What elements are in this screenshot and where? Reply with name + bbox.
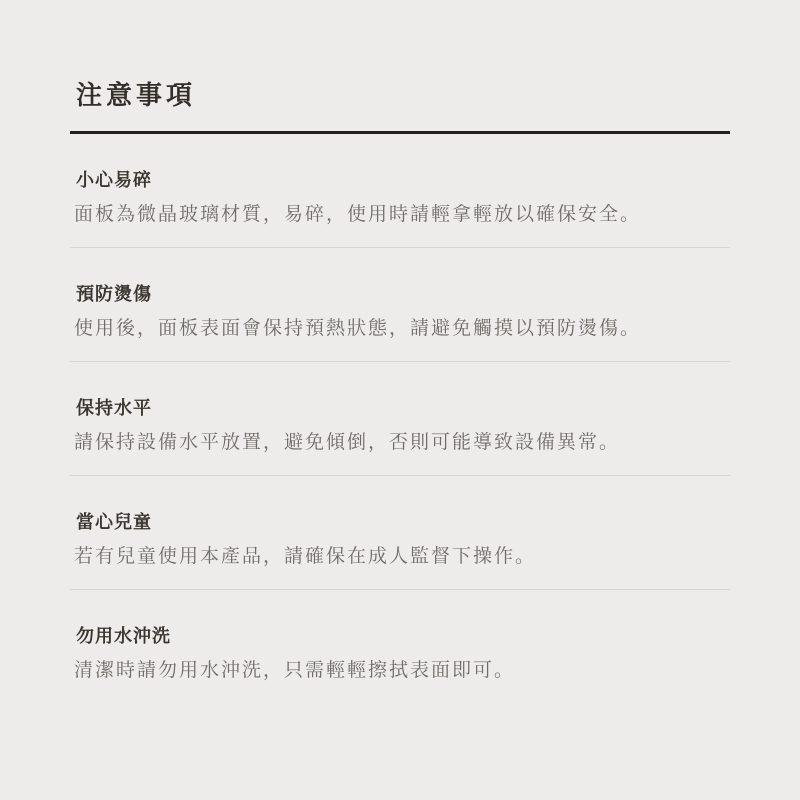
section-body: 請保持設備水平放置，避免傾倒，否則可能導致設備異常。 — [74, 428, 730, 458]
precautions-page: 注意事項 小心易碎 面板為微晶玻璃材質，易碎，使用時請輕拿輕放以確保安全。 預防… — [0, 0, 800, 800]
section-keep-level: 保持水平 請保持設備水平放置，避免傾倒，否則可能導致設備異常。 — [70, 362, 730, 476]
section-heading: 預防燙傷 — [76, 282, 730, 307]
section-heading: 勿用水沖洗 — [76, 624, 730, 649]
section-no-water-rinse: 勿用水沖洗 清潔時請勿用水沖洗，只需輕輕擦拭表面即可。 — [70, 590, 730, 703]
section-body: 清潔時請勿用水沖洗，只需輕輕擦拭表面即可。 — [74, 656, 730, 686]
section-body: 若有兒童使用本產品，請確保在成人監督下操作。 — [74, 542, 730, 572]
section-heading: 當心兒童 — [76, 510, 730, 535]
section-body: 使用後，面板表面會保持預熱狀態，請避免觸摸以預防燙傷。 — [74, 314, 730, 344]
section-fragile: 小心易碎 面板為微晶玻璃材質，易碎，使用時請輕拿輕放以確保安全。 — [70, 134, 730, 248]
content-area: 注意事項 小心易碎 面板為微晶玻璃材質，易碎，使用時請輕拿輕放以確保安全。 預防… — [70, 80, 730, 703]
section-heading: 保持水平 — [76, 396, 730, 421]
page-title: 注意事項 — [76, 80, 730, 110]
section-children-caution: 當心兒童 若有兒童使用本產品，請確保在成人監督下操作。 — [70, 476, 730, 590]
section-body: 面板為微晶玻璃材質，易碎，使用時請輕拿輕放以確保安全。 — [74, 200, 730, 230]
section-burn-prevention: 預防燙傷 使用後，面板表面會保持預熱狀態，請避免觸摸以預防燙傷。 — [70, 248, 730, 362]
section-heading: 小心易碎 — [76, 168, 730, 193]
